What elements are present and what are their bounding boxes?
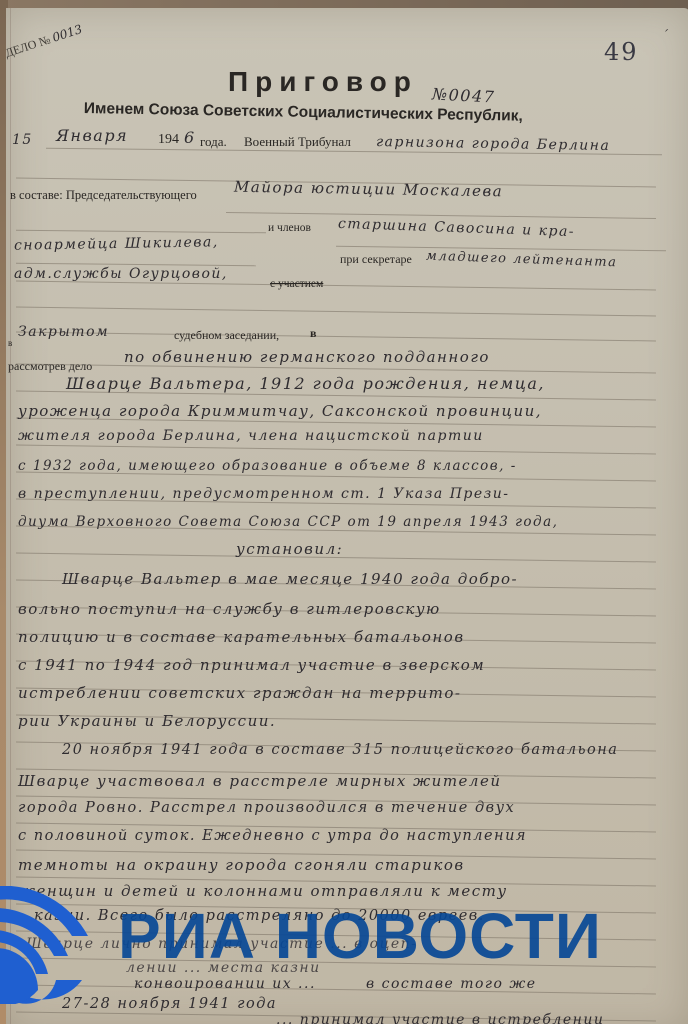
session-suffix: в bbox=[310, 326, 316, 341]
body-line: женщин и детей и колоннами отправляли к … bbox=[18, 882, 508, 900]
ruled-line bbox=[16, 958, 656, 968]
body-line: Шварце лично принимал участие ... в оцеп… bbox=[26, 936, 417, 952]
secretary-value-1: младшего лейтенанта bbox=[426, 249, 618, 271]
body-line: с половиной суток. Ежедневно с утра до н… bbox=[18, 828, 527, 844]
secretary-label: при секретаре bbox=[340, 252, 412, 267]
verdict-number: №0047 bbox=[432, 84, 496, 106]
ruled-line bbox=[16, 445, 656, 455]
body-line-heading: установил: bbox=[236, 540, 343, 558]
participation-label: с участием bbox=[270, 278, 323, 290]
ruled-line bbox=[16, 230, 266, 234]
body-line: с 1941 по 1944 год принимал участие в зв… bbox=[18, 656, 485, 674]
body-line: в составе того же bbox=[366, 976, 537, 992]
body-line: города Ровно. Расстрел производился в те… bbox=[18, 800, 515, 816]
body-line: Шварце участвовал в расстреле мирных жит… bbox=[18, 772, 502, 790]
body-line: ... принимал участие в истреблении bbox=[276, 1012, 604, 1024]
body-line: Шварце Вальтер в мае месяце 1940 года до… bbox=[62, 570, 518, 588]
session-label: судебном заседании, bbox=[174, 328, 279, 343]
body-line: полицию и в составе карательных батальон… bbox=[18, 628, 465, 646]
ruled-line bbox=[16, 307, 656, 317]
secretary-value-2: адм.службы Огурцовой, bbox=[14, 266, 228, 282]
ruled-line bbox=[226, 212, 656, 219]
body-line: лении ... места казни bbox=[126, 960, 321, 976]
body-line: темноты на окраину города сгоняли старик… bbox=[18, 856, 465, 874]
members-value-2: сноармейца Шикилева, bbox=[14, 234, 219, 254]
body-line: Шварце Вальтера, 1912 года рождения, нем… bbox=[66, 374, 545, 393]
body-line: конвоировании их ... bbox=[134, 976, 316, 992]
year-label: года. bbox=[200, 134, 227, 150]
session-prefix: в bbox=[8, 338, 12, 348]
year-suffix: 6 bbox=[184, 128, 196, 147]
tribunal-label: Военный Трибунал bbox=[244, 134, 351, 150]
members-label: и членов bbox=[268, 222, 311, 234]
body-line: казни. Всего было расстреляно до 20000 е… bbox=[34, 908, 485, 924]
document-page: ДЕЛО № 0013 49 ´ Приговор №0047 Именем С… bbox=[6, 8, 688, 1024]
ruled-line bbox=[16, 332, 656, 342]
chairman-value: Майора юстиции Москалева bbox=[234, 178, 503, 201]
case-value: по обвинению германского подданного bbox=[124, 348, 490, 366]
year-prefix: 194 bbox=[158, 132, 179, 148]
composition-label: в составе: Председательствующего bbox=[10, 188, 197, 203]
body-line: диума Верховного Совета Союза ССР от 19 … bbox=[18, 514, 558, 530]
case-number: 0013 bbox=[51, 22, 84, 45]
body-line: жителя города Берлина, члена нацистской … bbox=[18, 428, 484, 444]
body-line: с 1932 года, имеющего образование в объе… bbox=[18, 458, 517, 474]
case-number-stamp: ДЕЛО № 0013 bbox=[6, 22, 84, 61]
case-label-text: рассмотрев дело bbox=[8, 359, 92, 374]
margin-line bbox=[10, 8, 11, 1024]
date-day: 15 bbox=[12, 132, 33, 148]
session-value: Закрытом bbox=[18, 324, 109, 340]
case-label: ДЕЛО № bbox=[6, 32, 52, 60]
body-line: 20 ноября 1941 года в составе 315 полице… bbox=[62, 742, 618, 758]
tick-mark: ´ bbox=[662, 28, 670, 42]
body-line: 27-28 ноября 1941 года bbox=[62, 996, 277, 1012]
body-line: истреблении советских граждан на террито… bbox=[18, 684, 461, 702]
members-value-1: старшина Савосина и кра- bbox=[338, 216, 576, 240]
ruled-line bbox=[16, 985, 656, 995]
body-line: вольно поступил на службу в гитлеровскую bbox=[18, 600, 441, 618]
body-line: в преступлении, предусмотренном ст. 1 Ук… bbox=[18, 486, 510, 502]
page-number: 49 bbox=[604, 38, 639, 66]
body-line: уроженца города Криммитчау, Саксонской п… bbox=[18, 402, 542, 420]
document-title: Приговор bbox=[228, 66, 418, 98]
date-month: Января bbox=[56, 126, 128, 145]
body-line: рии Украины и Белоруссии. bbox=[18, 712, 276, 730]
ruled-line bbox=[16, 281, 656, 291]
